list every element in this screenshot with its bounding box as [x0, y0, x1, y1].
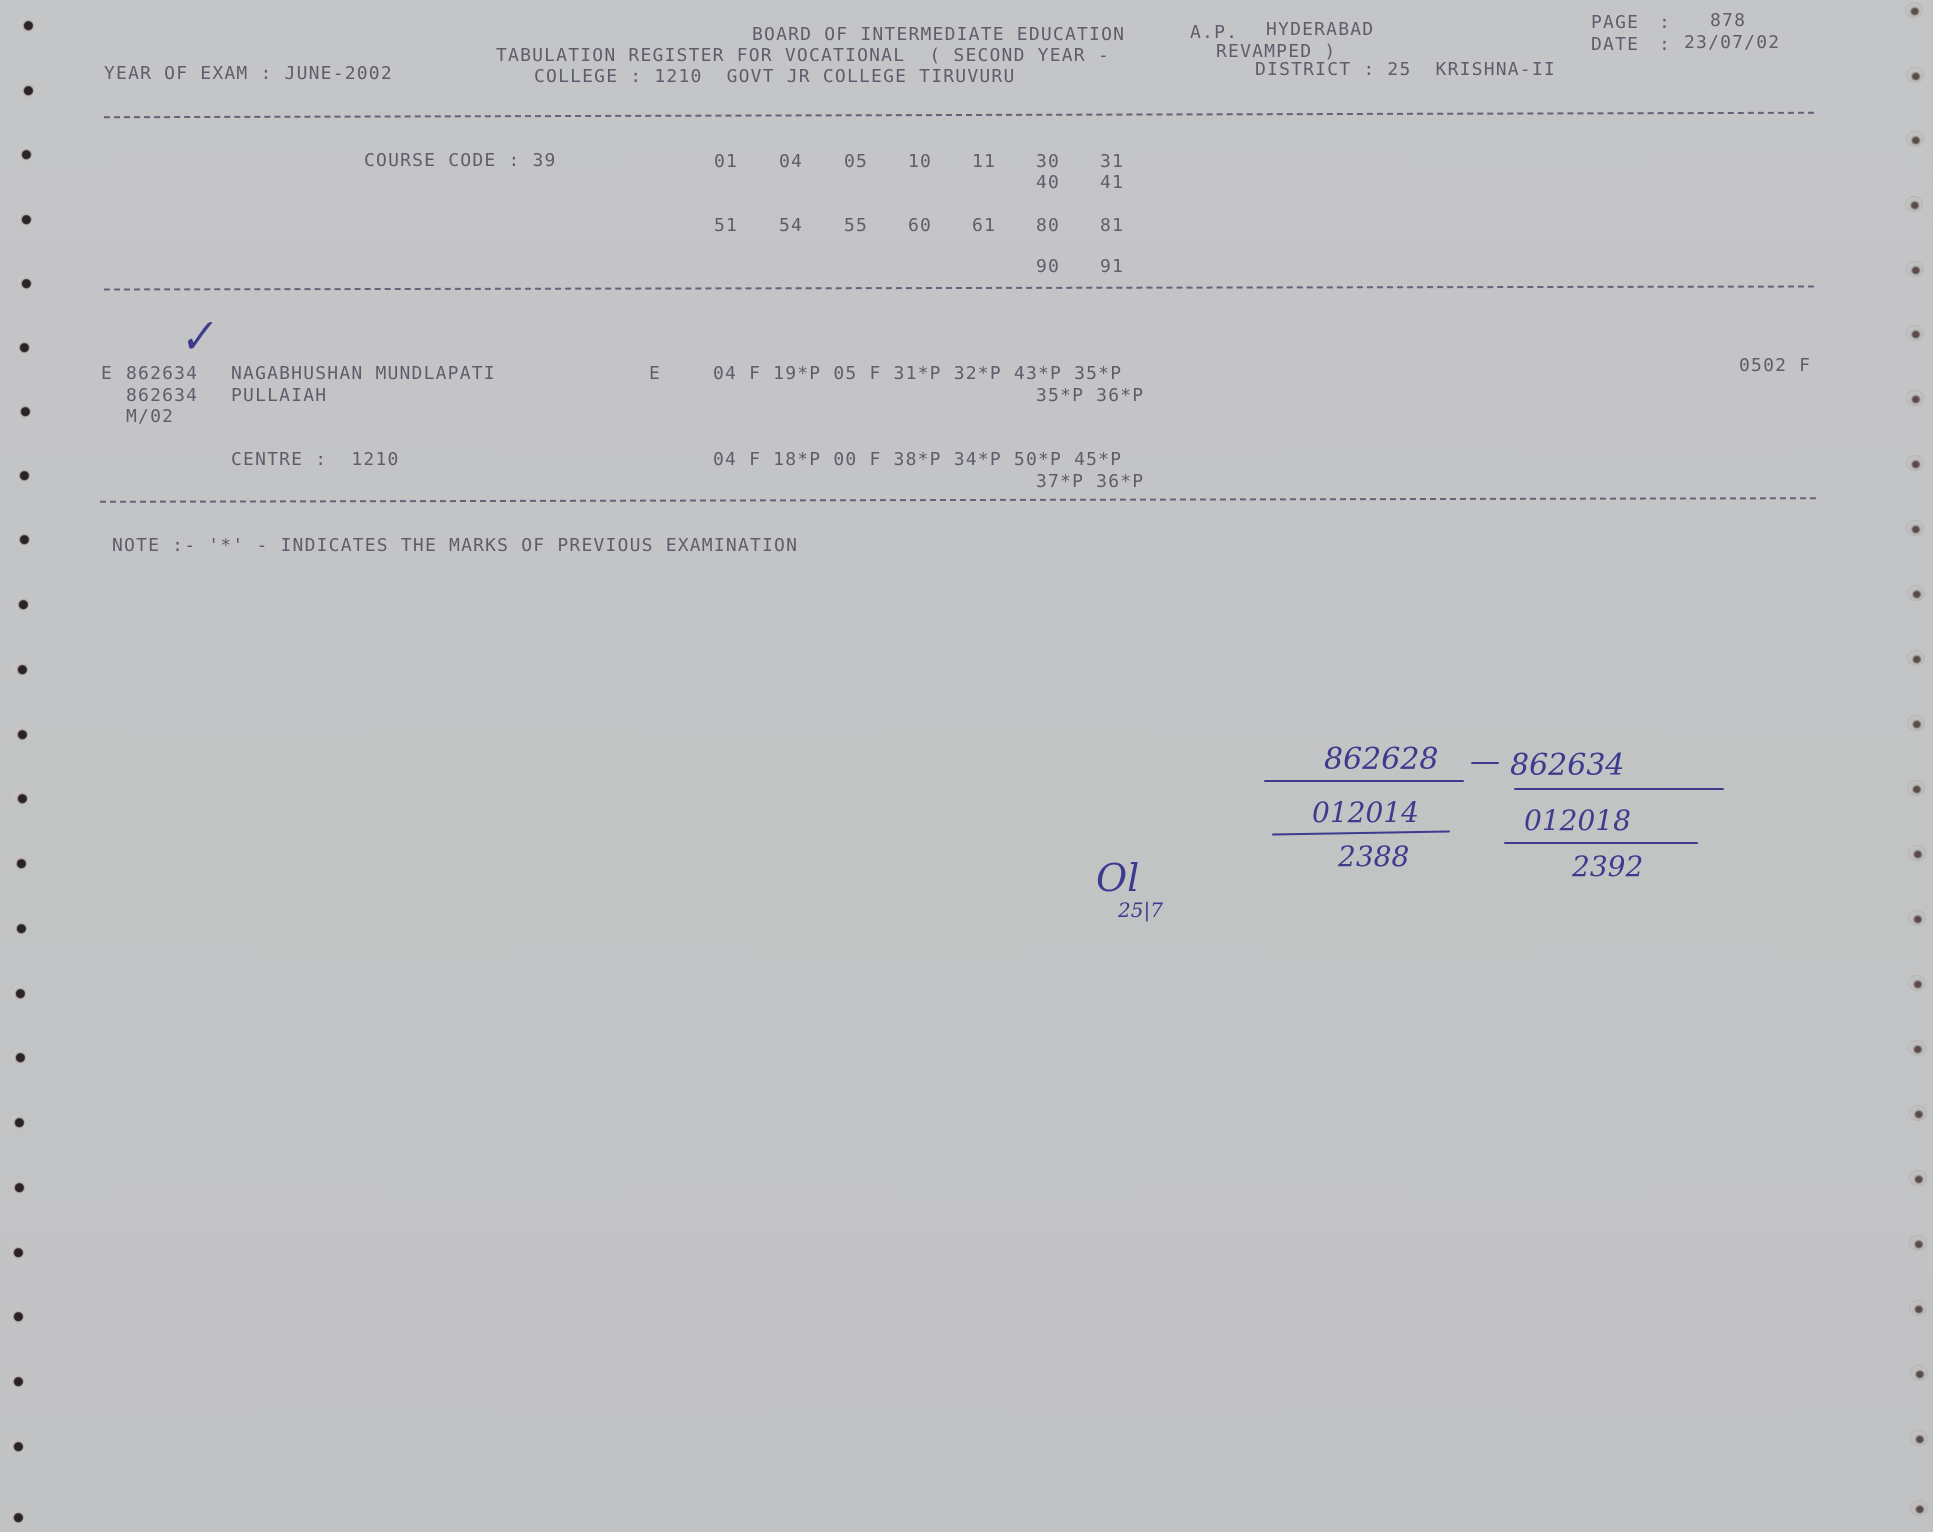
punch-hole-icon: [14, 662, 28, 676]
range-dash: —: [1470, 744, 1500, 779]
punch-hole-icon: [1908, 1040, 1926, 1056]
punch-hole-icon: [1906, 131, 1924, 147]
subject-code: 04: [779, 152, 803, 172]
subject-code: 40: [1036, 173, 1060, 193]
range-end: 862634: [1510, 748, 1625, 783]
punch-hole-icon: [18, 276, 32, 290]
punch-hole-icon: [10, 1245, 24, 1259]
subject-code: 01: [714, 152, 738, 172]
punch-hole-icon: [11, 1115, 25, 1129]
page-label: PAGE: [1591, 13, 1639, 33]
punch-hole-icon: [1908, 910, 1926, 926]
punch-hole-icon: [20, 83, 34, 97]
subject-code: 30: [1036, 152, 1060, 172]
subject-code: 41: [1100, 173, 1124, 193]
punch-hole-icon: [12, 986, 26, 1000]
punch-hole-icon: [1905, 196, 1923, 212]
punch-hole-icon: [1906, 390, 1924, 406]
punch-hole-icon: [1907, 715, 1925, 731]
punch-hole-icon: [18, 147, 32, 161]
punch-hole-icon: [1910, 1365, 1928, 1381]
subject-code: 60: [908, 216, 932, 236]
centre-label: CENTRE : 1210: [231, 450, 400, 470]
district-info: DISTRICT : 25 KRISHNA-II: [1255, 60, 1556, 80]
subject-code: 81: [1100, 216, 1124, 236]
subject-code: 11: [972, 152, 996, 172]
footnote: NOTE :- '*' - INDICATES THE MARKS OF PRE…: [112, 536, 798, 556]
punch-hole-icon: [1906, 325, 1924, 341]
state-label: A.P.: [1190, 23, 1238, 43]
punch-hole-icon: [12, 1050, 26, 1064]
punch-hole-icon: [14, 791, 28, 805]
page-number: 878: [1710, 11, 1746, 31]
punch-hole-icon: [1910, 1500, 1928, 1516]
punch-hole-icon: [1906, 455, 1924, 471]
result-status: 0502 F: [1739, 356, 1811, 376]
date-value: 23/07/02: [1684, 33, 1780, 53]
date-label: DATE: [1591, 35, 1639, 55]
divider: [104, 286, 1814, 291]
range-start: 862628: [1324, 742, 1439, 777]
punch-hole-icon: [1906, 520, 1924, 536]
left-total: 2388: [1338, 840, 1409, 873]
initials-signature: Ol: [1096, 856, 1139, 900]
signature-date: 25|7: [1118, 898, 1163, 922]
subject-code: 31: [1100, 152, 1124, 172]
underline: [1264, 780, 1464, 782]
gender-year: M/02: [126, 407, 174, 427]
punch-hole-icon: [13, 921, 27, 935]
subject-code: 10: [908, 152, 932, 172]
punch-hole-icon: [1906, 261, 1924, 277]
underline: [1272, 830, 1450, 835]
record-prefix: E: [101, 364, 113, 384]
punch-hole-icon: [18, 212, 32, 226]
subject-code: 55: [844, 216, 868, 236]
divider: [104, 112, 1814, 118]
register-title: TABULATION REGISTER FOR VOCATIONAL ( SEC…: [496, 46, 1110, 66]
punch-hole-icon: [1906, 67, 1924, 83]
punch-hole-icon: [14, 727, 28, 741]
underline: [1514, 788, 1724, 790]
candidate-name: NAGABHUSHAN MUNDLAPATI: [231, 364, 496, 384]
punch-hole-icon: [1909, 1105, 1927, 1121]
city-label: HYDERABAD: [1266, 20, 1374, 40]
punch-hole-icon: [17, 404, 31, 418]
punch-hole-icon: [10, 1439, 24, 1453]
subject-code: 80: [1036, 216, 1060, 236]
course-code-label: COURSE CODE : 39: [364, 151, 557, 171]
punch-hole-icon: [10, 1309, 24, 1323]
hall-ticket-number: 862634: [126, 364, 198, 384]
left-subtotal: 012014: [1312, 796, 1419, 829]
board-title: BOARD OF INTERMEDIATE EDUCATION: [752, 25, 1125, 45]
marks-line: 35*P 36*P: [1036, 386, 1144, 406]
punch-hole-icon: [1909, 1235, 1927, 1251]
right-subtotal: 012018: [1524, 804, 1631, 837]
subject-code: 51: [714, 216, 738, 236]
medium: E: [649, 364, 661, 384]
college-info: COLLEGE : 1210 GOVT JR COLLEGE TIRUVURU: [534, 67, 1015, 87]
punch-hole-icon: [1907, 780, 1925, 796]
date-separator: :: [1659, 35, 1671, 55]
punch-hole-icon: [10, 1374, 24, 1388]
punch-hole-icon: [16, 340, 30, 354]
punch-hole-icon: [1907, 650, 1925, 666]
punch-hole-icon: [16, 468, 30, 482]
centre-marks-line: 04 F 18*P 00 F 38*P 34*P 50*P 45*P: [713, 450, 1122, 470]
punch-hole-icon: [11, 1180, 25, 1194]
subject-code: 91: [1100, 257, 1124, 277]
checkmark-icon: ✓: [175, 310, 219, 366]
centre-marks-line: 37*P 36*P: [1036, 472, 1144, 492]
punch-hole-icon: [16, 532, 30, 546]
roll-number: 862634: [126, 386, 198, 406]
right-total: 2392: [1572, 850, 1643, 883]
punch-hole-icon: [10, 1510, 24, 1524]
subject-code: 61: [972, 216, 996, 236]
page-separator: :: [1659, 13, 1671, 33]
marks-line: 04 F 19*P 05 F 31*P 32*P 43*P 35*P: [713, 364, 1122, 384]
father-name: PULLAIAH: [231, 386, 327, 406]
punch-hole-icon: [13, 856, 27, 870]
punch-hole-icon: [1905, 2, 1923, 18]
punch-hole-icon: [20, 18, 34, 32]
punch-hole-icon: [15, 597, 29, 611]
punch-hole-icon: [1909, 1170, 1927, 1186]
subject-code: 05: [844, 152, 868, 172]
subject-code: 54: [779, 216, 803, 236]
punch-hole-icon: [1908, 975, 1926, 991]
punch-hole-icon: [1909, 1300, 1927, 1316]
subject-code: 90: [1036, 257, 1060, 277]
punch-hole-icon: [1908, 845, 1926, 861]
year-of-exam: YEAR OF EXAM : JUNE-2002: [104, 64, 393, 84]
divider: [100, 497, 1816, 503]
punch-hole-icon: [1910, 1430, 1928, 1446]
underline: [1504, 842, 1698, 844]
punch-hole-icon: [1907, 585, 1925, 601]
